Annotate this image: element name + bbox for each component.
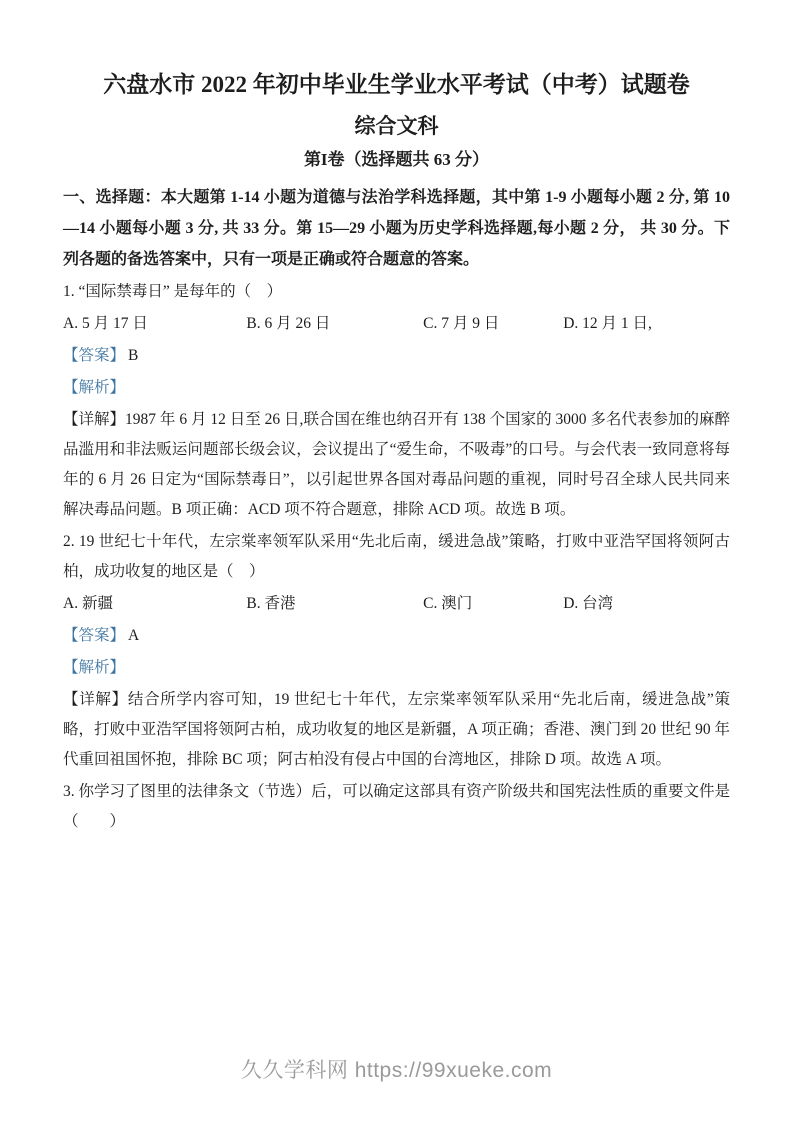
instructions-paragraph: 一、选择题：本大题第 1-14 小题为道德与法治学科选择题，其中第 1-9 小题… <box>63 182 730 275</box>
question-2-analysis-line: 【解析】 <box>63 653 730 683</box>
question-1-answer: B <box>128 347 138 364</box>
question-2-option-c: C. 澳门 <box>423 589 563 619</box>
question-2-answer: A <box>128 627 139 644</box>
question-2-detail-text: 结合所学内容可知，19 世纪七十年代，左宗棠率领军队采用“先北后南，缓进急战”策… <box>63 691 730 768</box>
question-2-answer-line: 【答案】A <box>63 621 730 651</box>
question-1-option-c: C. 7 月 9 日 <box>423 309 563 339</box>
question-2-option-d: D. 台湾 <box>563 589 730 619</box>
question-2-option-b: B. 香港 <box>246 589 423 619</box>
question-1-answer-line: 【答案】B <box>63 341 730 371</box>
detail-label: 【详解】 <box>63 691 128 708</box>
question-2-detail: 【详解】结合所学内容可知，19 世纪七十年代，左宗棠率领军队采用“先北后南，缓进… <box>63 685 730 775</box>
doc-subtitle: 综合文科 <box>63 112 730 140</box>
question-1-option-a: A. 5 月 17 日 <box>63 309 246 339</box>
question-1-stem: 1. “国际禁毒日” 是每年的（ ） <box>63 277 730 307</box>
question-2-options: A. 新疆 B. 香港 C. 澳门 D. 台湾 <box>63 589 730 619</box>
doc-title: 六盘水市 2022 年初中毕业生学业水平考试（中考）试题卷 <box>63 70 730 100</box>
question-1-analysis-line: 【解析】 <box>63 373 730 403</box>
answer-label: 【答案】 <box>63 627 125 644</box>
question-1-option-d: D. 12 月 1 日, <box>563 309 730 339</box>
section-heading: 第I卷（选择题共 63 分） <box>63 148 730 172</box>
detail-label: 【详解】 <box>63 411 125 428</box>
watermark-footer: 久久学科网 https://99xueke.com <box>0 1054 793 1084</box>
question-1-options: A. 5 月 17 日 B. 6 月 26 日 C. 7 月 9 日 D. 12… <box>63 309 730 339</box>
question-2-option-a: A. 新疆 <box>63 589 246 619</box>
question-2-stem: 2. 19 世纪七十年代，左宗棠率领军队采用“先北后南，缓进急战”策略，打败中亚… <box>63 527 730 587</box>
exam-document-page: 六盘水市 2022 年初中毕业生学业水平考试（中考）试题卷 综合文科 第I卷（选… <box>0 0 793 1122</box>
question-1-detail: 【详解】1987 年 6 月 12 日至 26 日,联合国在维也纳召开有 138… <box>63 405 730 525</box>
question-3-stem: 3. 你学习了图里的法律条文（节选）后，可以确定这部具有资产阶级共和国宪法性质的… <box>63 777 730 837</box>
analysis-label: 【解析】 <box>63 379 125 396</box>
question-1-option-b: B. 6 月 26 日 <box>246 309 423 339</box>
analysis-label: 【解析】 <box>63 659 125 676</box>
question-1-detail-text: 1987 年 6 月 12 日至 26 日,联合国在维也纳召开有 138 个国家… <box>63 411 730 518</box>
answer-label: 【答案】 <box>63 347 125 364</box>
